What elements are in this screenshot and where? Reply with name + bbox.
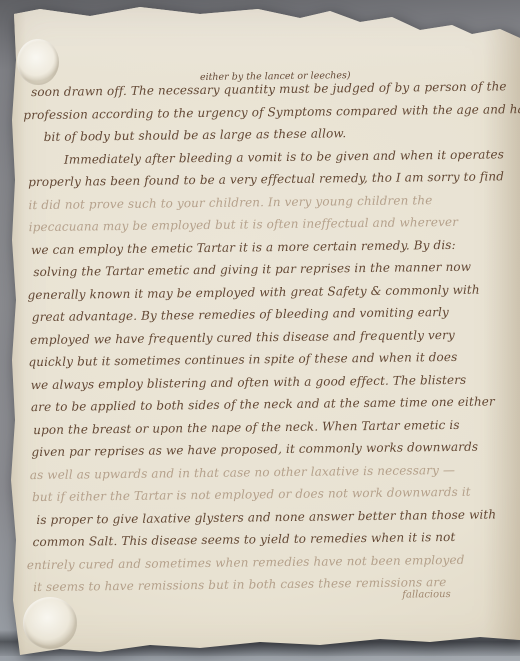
manuscript-line: great advantage. By these remedies of bl… xyxy=(32,304,449,326)
manuscript-line: we always employ blistering and often wi… xyxy=(31,371,467,393)
manuscript-photograph: either by the lancet or leeches) fallaci… xyxy=(0,0,520,661)
paper-wrap: either by the lancet or leeches) fallaci… xyxy=(0,0,520,661)
manuscript-line: employed we have frequently cured this d… xyxy=(30,326,455,348)
manuscript-line: we can employ the emetic Tartar it is a … xyxy=(31,236,456,258)
manuscript-text: either by the lancet or leeches) fallaci… xyxy=(0,0,520,661)
manuscript-line: but if either the Tartar is not employed… xyxy=(32,484,471,506)
manuscript-line: quickly but it sometimes continues in sp… xyxy=(28,349,457,371)
manuscript-line: ipecacuana may be employed but it is oft… xyxy=(29,214,458,236)
manuscript-line: entirely cured and sometimes when remedi… xyxy=(27,551,465,573)
manuscript-line: bit of body but should be as large as th… xyxy=(44,125,347,146)
manuscript-line: properly has been found to be a very eff… xyxy=(28,168,504,191)
manuscript-line: soon drawn off. The necessary quantity m… xyxy=(31,78,507,101)
manuscript-line: upon the breast or upon the nape of the … xyxy=(33,416,460,438)
manuscript-line: it seems to have remissions but in both … xyxy=(33,574,447,596)
manuscript-line: it did not prove such to your children. … xyxy=(28,192,432,214)
letter-page: either by the lancet or leeches) fallaci… xyxy=(0,0,520,661)
manuscript-line: is proper to give laxative glysters and … xyxy=(36,506,496,529)
manuscript-line: are to be applied to both sides of the n… xyxy=(31,393,495,416)
manuscript-line: given par reprises as we have proposed, … xyxy=(31,439,478,461)
manuscript-line: Immediately after bleeding a vomit is to… xyxy=(64,146,504,168)
manuscript-line: as well as upwards and in that case no o… xyxy=(30,461,455,483)
manuscript-line: solving the Tartar emetic and giving it … xyxy=(33,259,471,281)
manuscript-line: profession according to the urgency of S… xyxy=(23,101,520,124)
manuscript-line: common Salt. This disease seems to yield… xyxy=(32,529,455,551)
manuscript-line: generally known it may be employed with … xyxy=(27,281,479,304)
